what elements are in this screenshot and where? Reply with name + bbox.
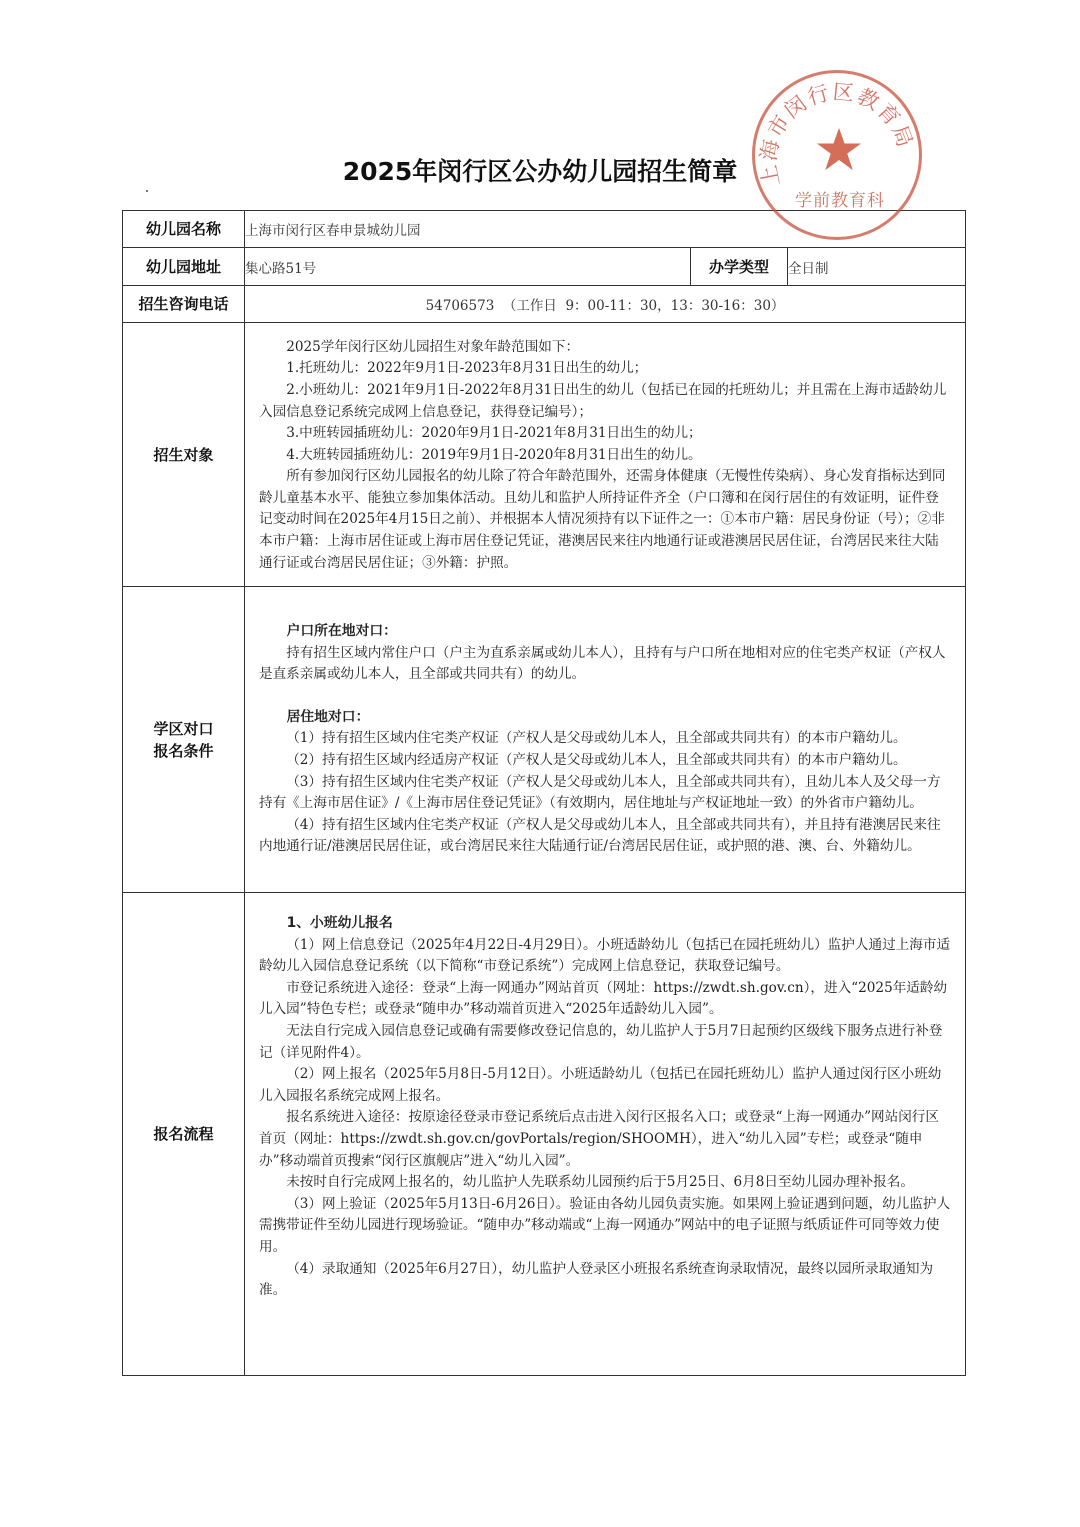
target-paragraph: 4.大班转园插班幼儿：2019年9月1日-2020年8月31日出生的幼儿。 (259, 445, 951, 467)
district-label-line2: 报名条件 (123, 740, 244, 762)
target-content: 2025学年闵行区幼儿园招生对象年龄范围如下： 1.托班幼儿：2022年9月1日… (245, 323, 966, 587)
process-paragraph: 无法自行完成入园信息登记或确有需要修改登记信息的，幼儿监护人于5月7日起预约区级… (259, 1021, 951, 1064)
process-paragraph: 报名系统进入途径：按原途径登录市登记系统后点击进入闵行区报名入口；或登录“上海一… (259, 1107, 951, 1172)
row-enrollment-target: 招生对象 2025学年闵行区幼儿园招生对象年龄范围如下： 1.托班幼儿：2022… (123, 323, 966, 587)
address-label: 幼儿园地址 (123, 248, 245, 286)
enrollment-table: 幼儿园名称 上海市闵行区春申景城幼儿园 幼儿园地址 集心路51号 办学类型 全日… (122, 210, 966, 1376)
process-heading: 1、小班幼儿报名 (259, 913, 951, 935)
district-label: 学区对口 报名条件 (123, 587, 245, 893)
target-paragraph: 3.中班转园插班幼儿：2020年9月1日-2021年8月31日出生的幼儿； (259, 423, 951, 445)
district-label-line1: 学区对口 (123, 718, 244, 740)
name-label: 幼儿园名称 (123, 211, 245, 248)
target-label: 招生对象 (123, 323, 245, 587)
residence-item: （2）持有招生区域内经适房产权证（产权人是父母或幼儿本人，且全部或共同共有）的本… (259, 750, 951, 772)
residence-item: （3）持有招生区域内住宅类产权证（产权人是父母或幼儿本人，且全部或共同共有），且… (259, 772, 951, 815)
process-paragraph: 未按时自行完成网上报名的，幼儿监护人先联系幼儿园预约后于5月25日、6月8日至幼… (259, 1172, 951, 1194)
phone-label: 招生咨询电话 (123, 286, 245, 323)
hukou-text: 持有招生区域内常住户口（户主为直系亲属或幼儿本人），且持有与户口所在地相对应的住… (259, 643, 951, 686)
hukou-heading: 户口所在地对口： (259, 621, 951, 643)
row-phone: 招生咨询电话 54706573 （工作日 9：00-11：30，13：30-16… (123, 286, 966, 323)
process-paragraph: （2）网上报名（2025年5月8日-5月12日）。小班适龄幼儿（包括已在园托班幼… (259, 1064, 951, 1107)
residence-item: （1）持有招生区域内住宅类产权证（产权人是父母或幼儿本人，且全部或共同共有）的本… (259, 728, 951, 750)
process-paragraph: （1）网上信息登记（2025年4月22日-4月29日）。小班适龄幼儿（包括已在园… (259, 935, 951, 978)
process-paragraph: （3）网上验证（2025年5月13日-6月26日）。验证由各幼儿园负责实施。如果… (259, 1194, 951, 1259)
star-icon (816, 126, 862, 172)
target-paragraph: 2.小班幼儿：2021年9月1日-2022年8月31日出生的幼儿（包括已在园的托… (259, 380, 951, 423)
phone-value: 54706573 （工作日 9：00-11：30，13：30-16：30） (245, 286, 966, 323)
process-paragraph: 市登记系统进入途径：登录“上海一网通办”网站首页（网址：https://zwdt… (259, 978, 951, 1021)
residence-heading: 居住地对口： (259, 707, 951, 729)
school-type-label: 办学类型 (691, 248, 788, 286)
process-paragraph: （4）录取通知（2025年6月27日），幼儿监护人登录区小班报名系统查询录取情况… (259, 1259, 951, 1302)
row-district-conditions: 学区对口 报名条件 户口所在地对口： 持有招生区域内常住户口（户主为直系亲属或幼… (123, 587, 966, 893)
target-paragraph: 1.托班幼儿：2022年9月1日-2023年8月31日出生的幼儿； (259, 358, 951, 380)
process-label: 报名流程 (123, 893, 245, 1376)
seal-bottom-text: 学前教育科 (790, 186, 890, 211)
target-paragraph: 2025学年闵行区幼儿园招生对象年龄范围如下： (259, 337, 951, 359)
process-content: 1、小班幼儿报名 （1）网上信息登记（2025年4月22日-4月29日）。小班适… (245, 893, 966, 1376)
district-content: 户口所在地对口： 持有招生区域内常住户口（户主为直系亲属或幼儿本人），且持有与户… (245, 587, 966, 893)
scan-speck (146, 190, 148, 192)
address-value: 集心路51号 (245, 248, 691, 286)
row-address: 幼儿园地址 集心路51号 办学类型 全日制 (123, 248, 966, 286)
residence-item: （4）持有招生区域内住宅类产权证（产权人是父母或幼儿本人，且全部或共同共有），并… (259, 815, 951, 858)
school-type-value: 全日制 (788, 248, 966, 286)
row-enrollment-process: 报名流程 1、小班幼儿报名 （1）网上信息登记（2025年4月22日-4月29日… (123, 893, 966, 1376)
target-paragraph: 所有参加闵行区幼儿园报名的幼儿除了符合年龄范围外，还需身体健康（无慢性传染病）、… (259, 466, 951, 574)
